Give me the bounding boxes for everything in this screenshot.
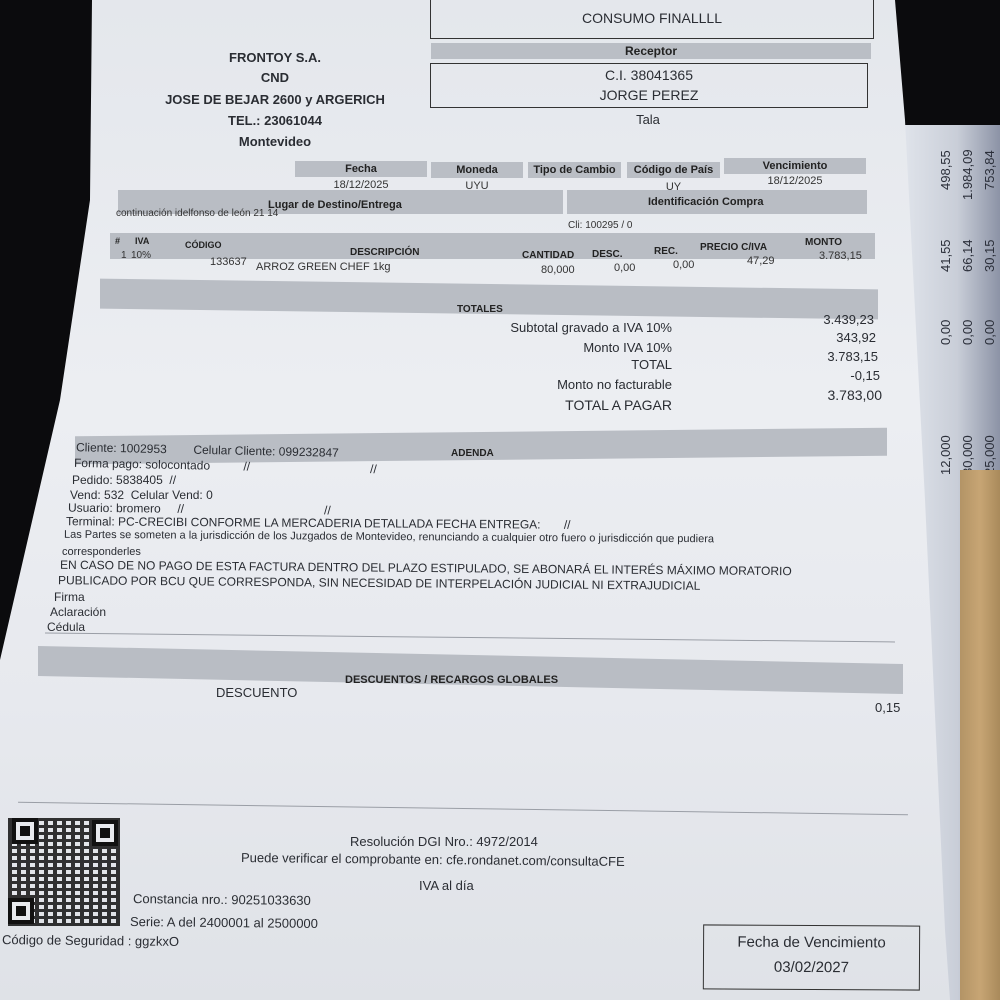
bg-amount-2: 1.984,09 <box>960 149 975 200</box>
bg-amount-1: 498,55 <box>938 150 953 190</box>
item-num: 1 <box>121 250 127 261</box>
discount-item-label: DESCUENTO <box>216 685 297 700</box>
issuer-address: JOSE DE BEJAR 2600 y ARGERICH <box>160 92 390 107</box>
bg-qty-1: 12,000 <box>938 435 953 475</box>
issuer-phone: TEL.: 23061044 <box>160 113 390 128</box>
tipo-cambio-label: Tipo de Cambio <box>528 162 621 178</box>
discounts-label: DESCUENTOS / RECARGOS GLOBALES <box>345 674 558 686</box>
doc-type: CONSUMO FINALLLL <box>582 10 722 26</box>
bg-price-2: 66,14 <box>960 239 975 272</box>
qr-finder-icon <box>92 820 118 846</box>
qr-finder-icon <box>8 898 34 924</box>
receptor-label: Receptor <box>431 43 871 59</box>
invoice-paper: FRONTOY S.A. CND JOSE DE BEJAR 2600 y AR… <box>0 0 950 1000</box>
receptor-ci: C.I. 38041365 <box>431 67 867 83</box>
col-code: CÓDIGO <box>185 240 222 250</box>
total-pagar-value: 3.783,00 <box>828 387 883 403</box>
totals-label: TOTALES <box>457 304 503 315</box>
col-discount: DESC. <box>592 249 623 260</box>
subtotal-label: Subtotal gravado a IVA 10% <box>510 320 672 335</box>
wooden-edge <box>960 470 1000 1000</box>
total-value: 3.783,15 <box>827 349 878 364</box>
divider <box>45 633 895 643</box>
bg-disc-2: 0,00 <box>960 320 975 345</box>
bg-disc-3: 0,00 <box>982 320 997 345</box>
issuer-name: FRONTOY S.A. <box>160 50 390 65</box>
total-label: TOTAL <box>631 357 672 372</box>
iva-label: Monto IVA 10% <box>583 340 672 355</box>
item-discount: 0,00 <box>614 262 635 274</box>
discounts-band <box>38 646 903 694</box>
item-code: 133637 <box>210 256 247 268</box>
purchase-label: Identificación Compra <box>648 196 764 208</box>
item-desc: ARROZ GREEN CHEF 1kg <box>256 261 390 273</box>
bg-amount-3: 753,84 <box>982 150 997 190</box>
security-code: Código de Seguridad : ggzkxO <box>2 932 179 949</box>
bg-price-3: 30,15 <box>982 239 997 272</box>
due-date-value: 03/02/2027 <box>704 958 919 976</box>
issuer-city: Montevideo <box>160 134 390 149</box>
col-num: # <box>115 236 120 246</box>
serie: Serie: A del 2400001 al 2500000 <box>130 914 318 931</box>
total-pagar-label: TOTAL A PAGAR <box>565 397 672 413</box>
footer-divider <box>18 802 908 815</box>
col-desc: DESCRIPCIÓN <box>350 247 419 258</box>
col-price: PRECIO C/IVA <box>700 242 767 253</box>
item-amount: 3.783,15 <box>819 250 862 262</box>
receptor-name: JORGE PEREZ <box>431 87 867 103</box>
bg-disc-1: 0,00 <box>938 320 953 345</box>
iva-status: IVA al día <box>419 878 474 893</box>
vencimiento-value: 18/12/2025 <box>724 175 866 187</box>
receptor-city: Tala <box>430 112 866 127</box>
purchase-value: Cli: 100295 / 0 <box>568 220 633 231</box>
item-qty: 80,000 <box>541 264 575 276</box>
item-surcharge: 0,00 <box>673 259 694 271</box>
col-iva: IVA <box>135 236 149 246</box>
iva-value: 343,92 <box>836 330 876 345</box>
fecha-label: Fecha <box>295 161 427 177</box>
no-facturable-label: Monto no facturable <box>557 377 672 392</box>
qr-finder-icon <box>12 818 38 844</box>
item-price: 47,29 <box>747 255 775 267</box>
vencimiento-label: Vencimiento <box>724 158 866 174</box>
adenda-label: ADENDA <box>451 448 494 459</box>
moneda-label: Moneda <box>431 162 523 178</box>
discount-item-value: 0,15 <box>875 700 900 715</box>
verify-text: Puede verificar el comprobante en: cfe.r… <box>241 850 625 869</box>
dgi-resolution: Resolución DGI Nro.: 4972/2014 <box>350 834 538 849</box>
bg-price-1: 41,55 <box>938 239 953 272</box>
subtotal-value: 3.439,23 <box>823 312 874 327</box>
no-facturable-value: -0,15 <box>850 368 880 383</box>
delivery-value: continuación idelfonso de león 21 14 <box>116 208 278 219</box>
col-qty: CANTIDAD <box>522 250 574 261</box>
due-date-label: Fecha de Vencimiento <box>704 933 919 951</box>
issuer-line2: CND <box>160 70 390 85</box>
col-surcharge: REC. <box>654 246 678 257</box>
delivery-label: Lugar de Destino/Entrega <box>268 199 402 211</box>
constancia: Constancia nro.: 90251033630 <box>133 891 311 908</box>
item-iva: 10% <box>131 250 151 261</box>
due-date-box: Fecha de Vencimiento 03/02/2027 <box>703 924 920 990</box>
receptor-box: C.I. 38041365 JORGE PEREZ <box>430 63 868 108</box>
col-amount: MONTO <box>805 237 842 248</box>
doc-type-box: CONSUMO FINALLLL <box>430 0 874 39</box>
codigo-pais-label: Código de País <box>627 162 720 178</box>
